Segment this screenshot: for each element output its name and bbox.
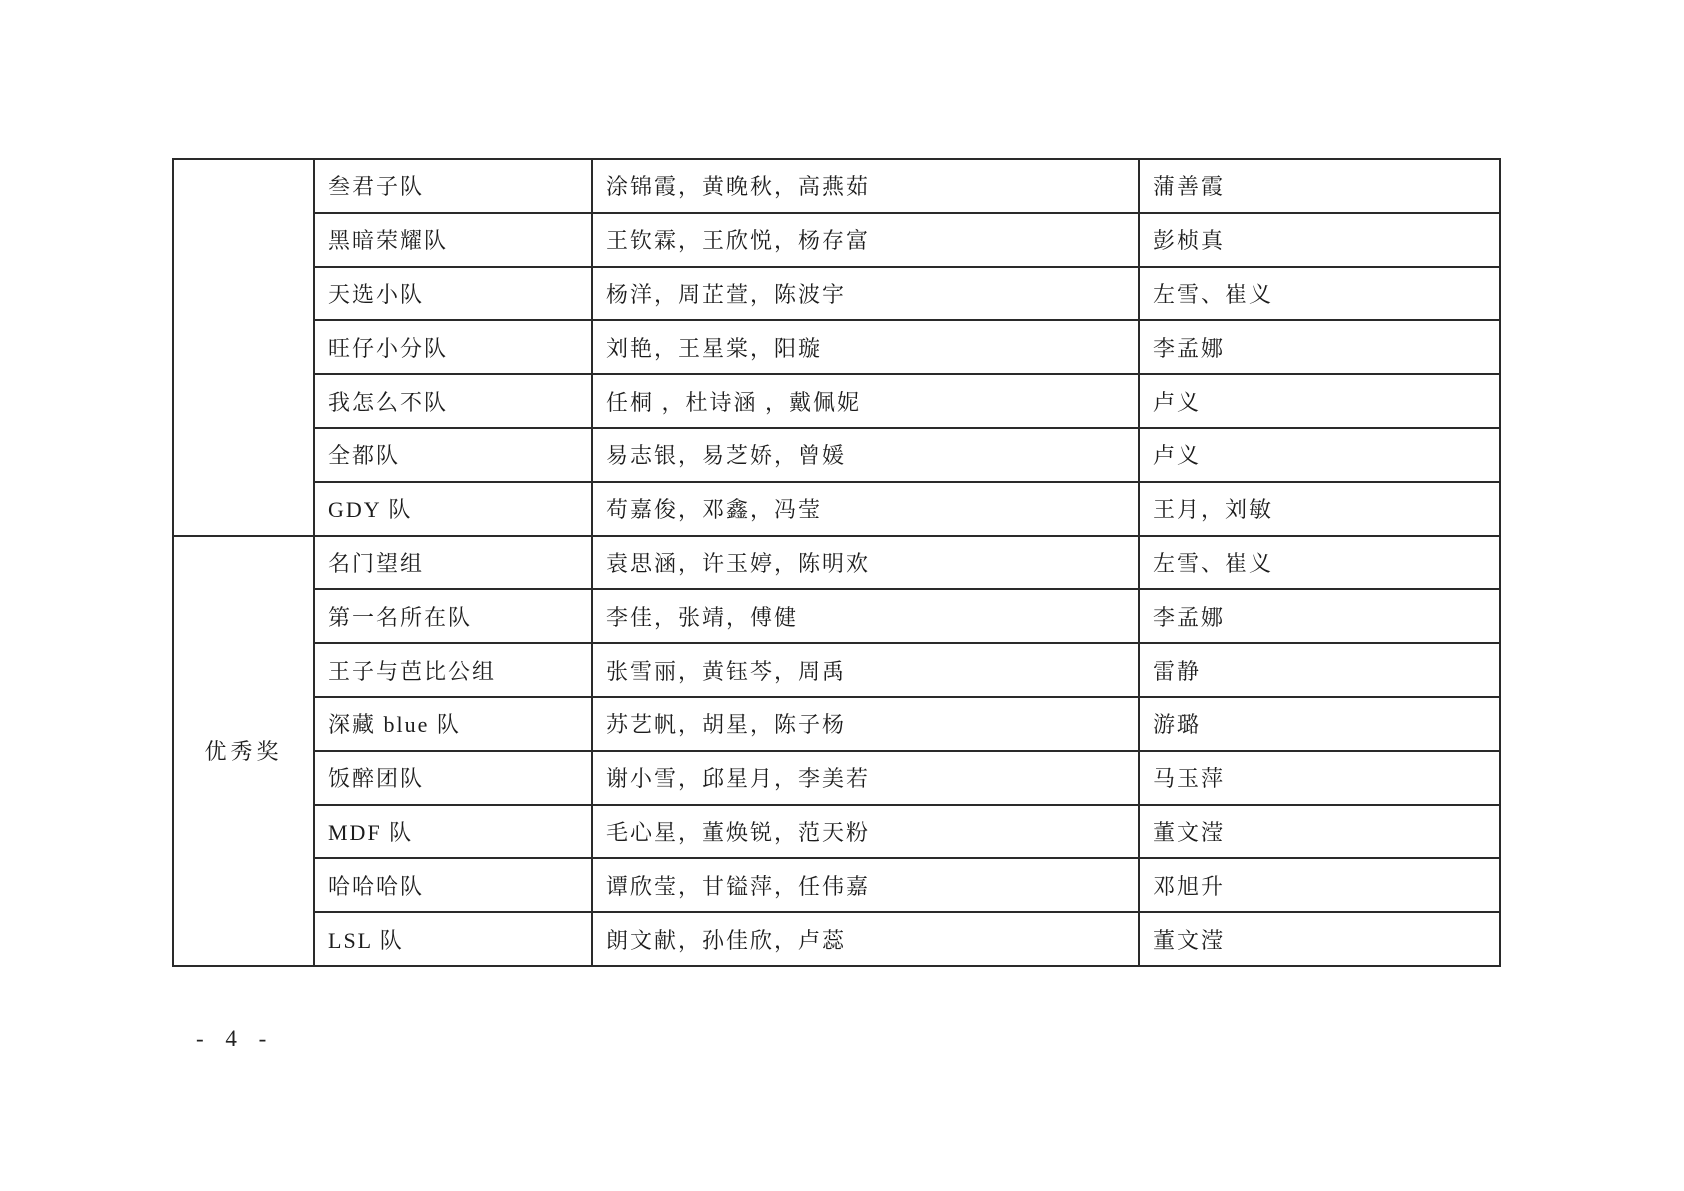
team-cell: 全都队 bbox=[314, 428, 592, 482]
advisors-cell: 李孟娜 bbox=[1139, 589, 1500, 643]
members-cell: 朗文献，孙佳欣，卢蕊 bbox=[592, 912, 1139, 966]
team-cell: LSL 队 bbox=[314, 912, 592, 966]
advisors-cell: 董文滢 bbox=[1139, 805, 1500, 859]
table-row: 深藏 blue 队苏艺帆，胡星，陈子杨游璐 bbox=[173, 697, 1500, 751]
team-cell: 叁君子队 bbox=[314, 159, 592, 213]
table-row: 全都队易志银，易芝娇，曾媛卢义 bbox=[173, 428, 1500, 482]
table-row: GDY 队苟嘉俊，邓鑫，冯莹王月，刘敏 bbox=[173, 482, 1500, 536]
table-row: 叁君子队涂锦霞，黄晚秋，高燕茹蒲善霞 bbox=[173, 159, 1500, 213]
page-number: - 4 - bbox=[196, 1026, 274, 1052]
advisors-cell: 游璐 bbox=[1139, 697, 1500, 751]
table-row: 黑暗荣耀队王钦霖，王欣悦，杨存富彭桢真 bbox=[173, 213, 1500, 267]
advisors-cell: 王月，刘敏 bbox=[1139, 482, 1500, 536]
award-category-cell: 优秀奖 bbox=[173, 536, 314, 966]
members-cell: 袁思涵，许玉婷，陈明欢 bbox=[592, 536, 1139, 590]
team-cell: MDF 队 bbox=[314, 805, 592, 859]
members-cell: 苏艺帆，胡星，陈子杨 bbox=[592, 697, 1139, 751]
advisors-cell: 彭桢真 bbox=[1139, 213, 1500, 267]
table-row: MDF 队毛心星，董焕锐，范天粉董文滢 bbox=[173, 805, 1500, 859]
team-cell: 黑暗荣耀队 bbox=[314, 213, 592, 267]
table-row: LSL 队朗文献，孙佳欣，卢蕊董文滢 bbox=[173, 912, 1500, 966]
members-cell: 谢小雪，邱星月，李美若 bbox=[592, 751, 1139, 805]
team-cell: 第一名所在队 bbox=[314, 589, 592, 643]
advisors-cell: 董文滢 bbox=[1139, 912, 1500, 966]
team-cell: 哈哈哈队 bbox=[314, 858, 592, 912]
document-page: 叁君子队涂锦霞，黄晚秋，高燕茹蒲善霞黑暗荣耀队王钦霖，王欣悦，杨存富彭桢真天选小… bbox=[0, 0, 1684, 1191]
advisors-cell: 左雪、崔义 bbox=[1139, 536, 1500, 590]
table-row: 旺仔小分队刘艳，王星棠，阳璇李孟娜 bbox=[173, 320, 1500, 374]
table-row: 天选小队杨洋，周芷萱，陈波宇左雪、崔义 bbox=[173, 267, 1500, 321]
members-cell: 谭欣莹，甘镒萍，任伟嘉 bbox=[592, 858, 1139, 912]
awards-table: 叁君子队涂锦霞，黄晚秋，高燕茹蒲善霞黑暗荣耀队王钦霖，王欣悦，杨存富彭桢真天选小… bbox=[172, 158, 1501, 967]
advisors-cell: 马玉萍 bbox=[1139, 751, 1500, 805]
team-cell: 天选小队 bbox=[314, 267, 592, 321]
advisors-cell: 卢义 bbox=[1139, 428, 1500, 482]
awards-table-body: 叁君子队涂锦霞，黄晚秋，高燕茹蒲善霞黑暗荣耀队王钦霖，王欣悦，杨存富彭桢真天选小… bbox=[173, 159, 1500, 966]
members-cell: 王钦霖，王欣悦，杨存富 bbox=[592, 213, 1139, 267]
members-cell: 李佳，张靖，傅健 bbox=[592, 589, 1139, 643]
members-cell: 刘艳，王星棠，阳璇 bbox=[592, 320, 1139, 374]
members-cell: 张雪丽，黄钰芩，周禹 bbox=[592, 643, 1139, 697]
members-cell: 易志银，易芝娇，曾媛 bbox=[592, 428, 1139, 482]
team-cell: 名门望组 bbox=[314, 536, 592, 590]
award-category-cell bbox=[173, 159, 314, 536]
table-row: 我怎么不队任桐 ，杜诗涵 ，戴佩妮卢义 bbox=[173, 374, 1500, 428]
team-cell: 旺仔小分队 bbox=[314, 320, 592, 374]
advisors-cell: 蒲善霞 bbox=[1139, 159, 1500, 213]
table-row: 优秀奖名门望组袁思涵，许玉婷，陈明欢左雪、崔义 bbox=[173, 536, 1500, 590]
members-cell: 杨洋，周芷萱，陈波宇 bbox=[592, 267, 1139, 321]
advisors-cell: 雷静 bbox=[1139, 643, 1500, 697]
team-cell: 我怎么不队 bbox=[314, 374, 592, 428]
table-row: 王子与芭比公组张雪丽，黄钰芩，周禹雷静 bbox=[173, 643, 1500, 697]
team-cell: 饭醉团队 bbox=[314, 751, 592, 805]
members-cell: 任桐 ，杜诗涵 ，戴佩妮 bbox=[592, 374, 1139, 428]
members-cell: 毛心星，董焕锐，范天粉 bbox=[592, 805, 1139, 859]
table-row: 饭醉团队谢小雪，邱星月，李美若马玉萍 bbox=[173, 751, 1500, 805]
table-row: 哈哈哈队谭欣莹，甘镒萍，任伟嘉邓旭升 bbox=[173, 858, 1500, 912]
advisors-cell: 卢义 bbox=[1139, 374, 1500, 428]
team-cell: 深藏 blue 队 bbox=[314, 697, 592, 751]
team-cell: GDY 队 bbox=[314, 482, 592, 536]
advisors-cell: 李孟娜 bbox=[1139, 320, 1500, 374]
table-row: 第一名所在队李佳，张靖，傅健李孟娜 bbox=[173, 589, 1500, 643]
advisors-cell: 邓旭升 bbox=[1139, 858, 1500, 912]
advisors-cell: 左雪、崔义 bbox=[1139, 267, 1500, 321]
team-cell: 王子与芭比公组 bbox=[314, 643, 592, 697]
members-cell: 苟嘉俊，邓鑫，冯莹 bbox=[592, 482, 1139, 536]
members-cell: 涂锦霞，黄晚秋，高燕茹 bbox=[592, 159, 1139, 213]
